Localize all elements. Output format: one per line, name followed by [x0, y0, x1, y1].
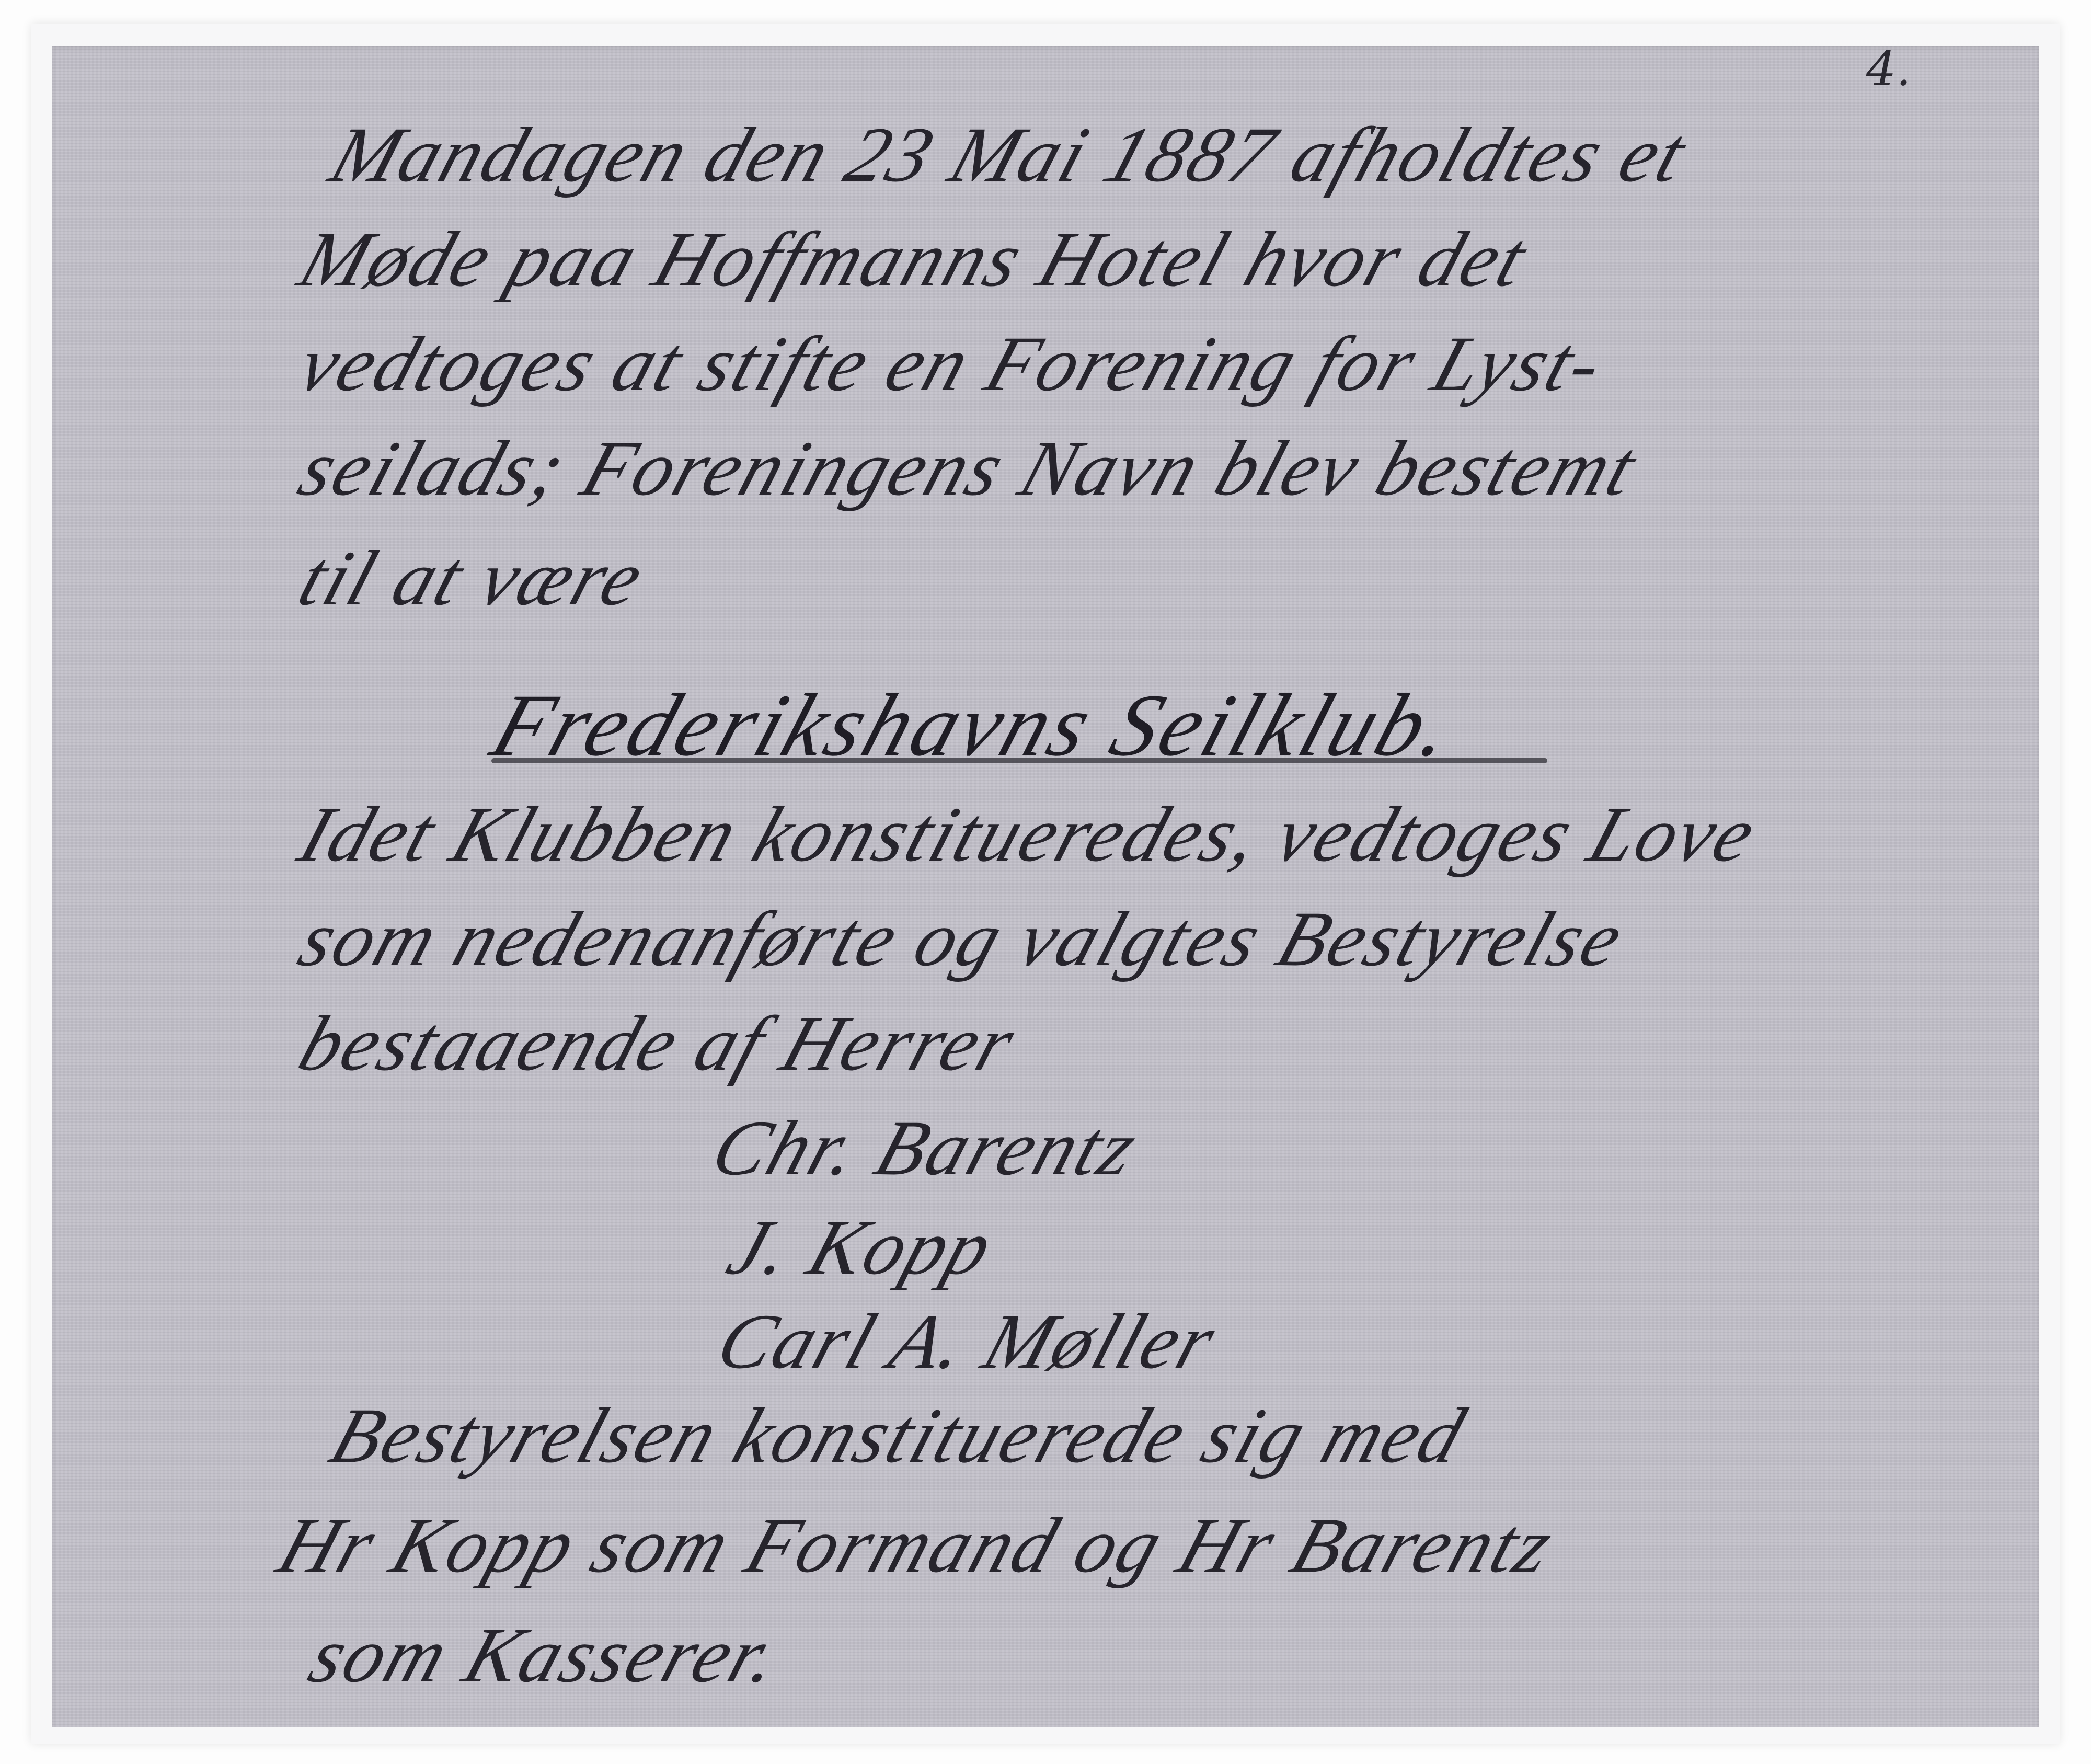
text-line: Idet Klubben konstitueredes, vedtoges Lo… [289, 789, 1768, 879]
board-member: Chr. Barentz [702, 1103, 1150, 1193]
text-line: vedtoges at stifte en Forening for Lyst- [289, 319, 1616, 409]
text-line: Møde paa Hoffmanns Hotel hvor det [289, 214, 1539, 304]
text-line: Mandagen den 23 Mai 1887 afholdtes et [320, 110, 1698, 200]
text-line: bestaaende af Herrer [289, 999, 1027, 1089]
text-line: Hr Kopp som Formand og Hr Barentz [268, 1500, 1565, 1590]
text-line: til at være [289, 533, 656, 623]
text-line: Bestyrelsen konstituerede sig med [320, 1391, 1477, 1481]
title-underline [491, 758, 1547, 763]
board-member: J. Kopp [717, 1202, 1005, 1292]
page-number: 4. [1866, 42, 1911, 97]
text-line: seilads; Foreningens Navn blev bestemt [289, 423, 1649, 513]
text-line: som Kasserer. [299, 1610, 792, 1700]
board-member: Carl A. Møller [707, 1297, 1228, 1387]
text-line: som nedenanførte og valgtes Bestyrelse [289, 894, 1636, 984]
